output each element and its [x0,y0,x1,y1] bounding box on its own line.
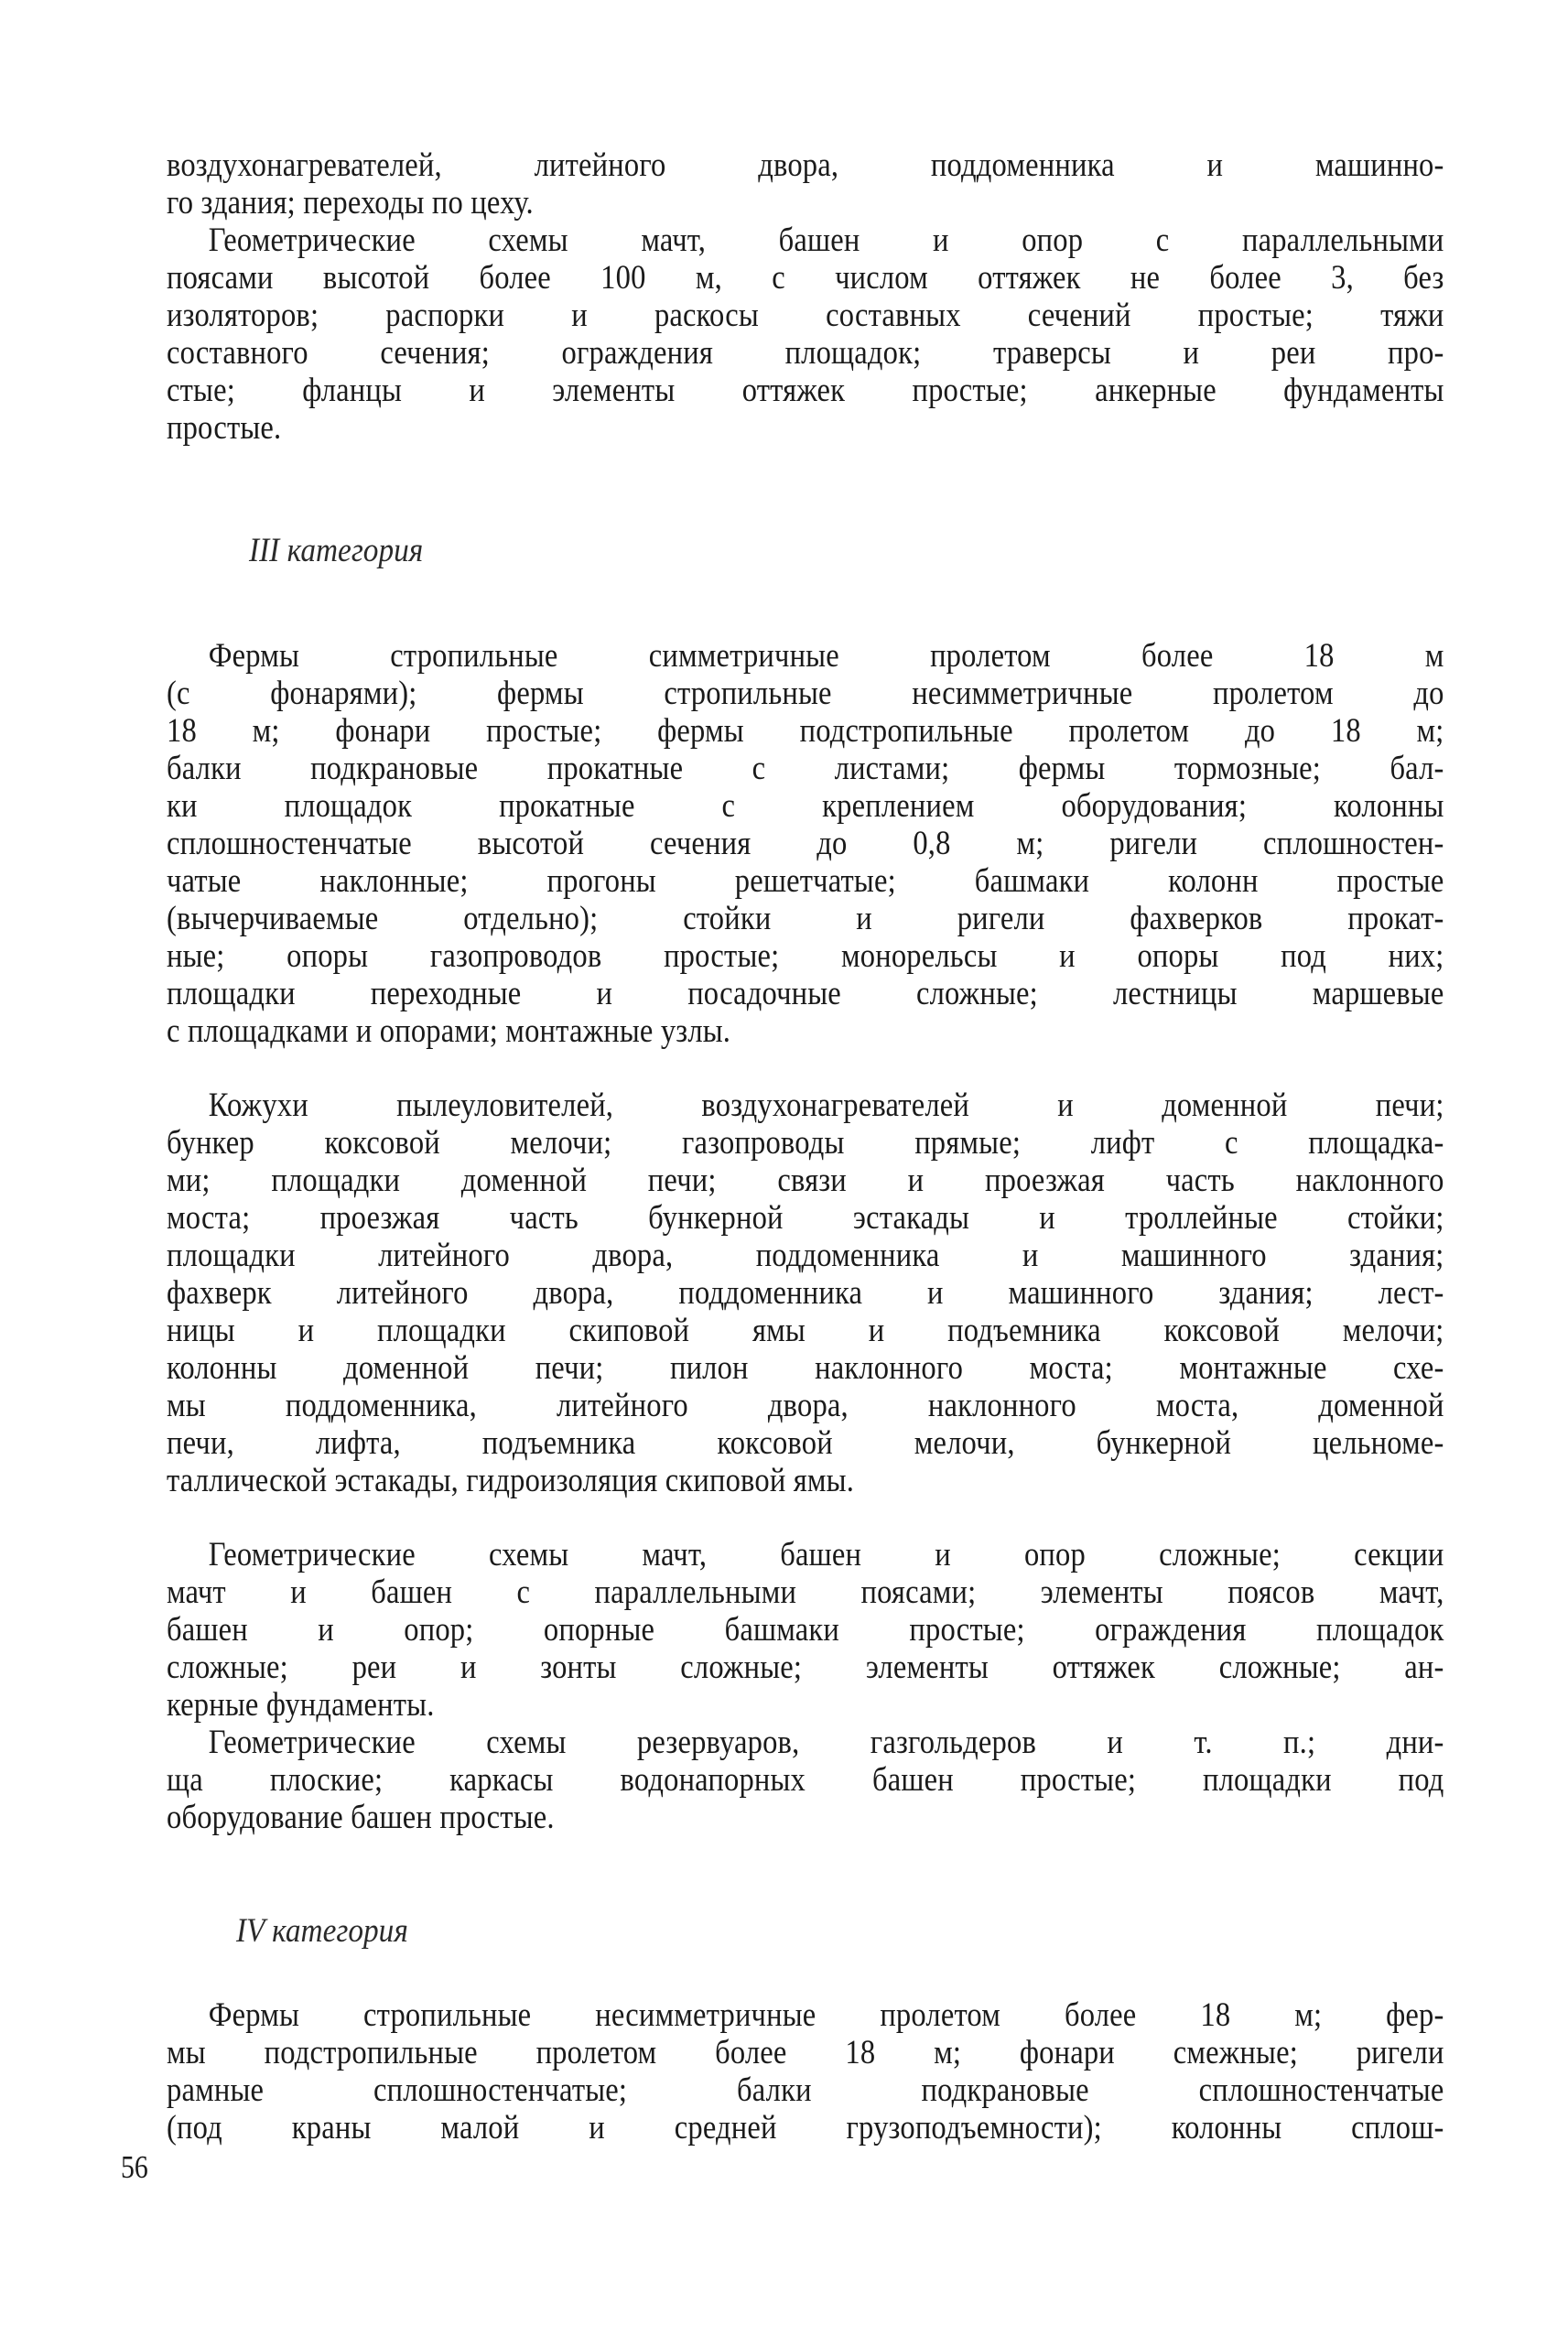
text-line: Фермы стропильные симметричные пролетом … [167,637,1444,675]
section-iv-paragraph-1: Фермы стропильные несимметричные пролето… [167,1996,1444,2147]
text-line: мы подстропильные пролетом более 18 м; ф… [167,2034,1444,2071]
section-iii-paragraph-3: Геометрические схемы мачт, башен и опор … [167,1536,1444,1724]
text-line: составного сечения; ограждения площадок;… [167,334,1444,372]
text-line: (под краны малой и средней грузоподъемно… [167,2109,1444,2147]
text-line: колонны доменной печи; пилон наклонного … [167,1349,1444,1387]
text-line: мы поддоменника, литейного двора, наклон… [167,1387,1444,1424]
section-heading-iv: IV категория [236,1911,408,1951]
intro-paragraph-continuation: воздухонагревателей, литейного двора, по… [167,146,1444,222]
text-line: Геометрические схемы мачт, башен и опор … [167,222,1444,259]
text-line: Кожухи пылеуловителей, воздухонагревател… [167,1087,1444,1124]
text-line: ки площадок прокатные с креплением обору… [167,787,1444,825]
text-line: керные фундаменты. [167,1686,1444,1724]
section-heading-iii: III категория [249,531,423,570]
text-line: ми; площадки доменной печи; связи и прое… [167,1162,1444,1199]
text-line: ные; опоры газопроводов простые; монорел… [167,937,1444,975]
text-line: 18 м; фонари простые; фермы подстропильн… [167,712,1444,750]
text-line: рамные сплошностенчатые; балки подкранов… [167,2071,1444,2109]
text-line: таллической эстакады, гидроизоляция скип… [167,1462,1444,1499]
text-line: ницы и площадки скиповой ямы и подъемник… [167,1312,1444,1349]
text-line: ща плоские; каркасы водонапорных башен п… [167,1761,1444,1799]
book-page: воздухонагревателей, литейного двора, по… [0,0,1568,2325]
text-line: простые. [167,409,1444,447]
text-line: бункер коксовой мелочи; газопроводы прям… [167,1124,1444,1162]
intro-paragraph-geometric-schemes: Геометрические схемы мачт, башен и опор … [167,222,1444,447]
text-line: Геометрические схемы резервуаров, газгол… [167,1724,1444,1761]
section-iii-paragraph-4: Геометрические схемы резервуаров, газгол… [167,1724,1444,1836]
section-iii-paragraph-1: Фермы стропильные симметричные пролетом … [167,637,1444,1050]
text-line: площадки литейного двора, поддоменника и… [167,1237,1444,1274]
text-line: чатые наклонные; прогоны решетчатые; баш… [167,862,1444,900]
text-line: воздухонагревателей, литейного двора, по… [167,146,1444,184]
text-line: моста; проезжая часть бункерной эстакады… [167,1199,1444,1237]
text-line: мачт и башен с параллельными поясами; эл… [167,1573,1444,1611]
text-line: поясами высотой более 100 м, с числом от… [167,259,1444,297]
text-line: фахверк литейного двора, поддоменника и … [167,1274,1444,1312]
text-line: (вычерчиваемые отдельно); стойки и ригел… [167,900,1444,937]
text-line: сложные; реи и зонты сложные; элементы о… [167,1649,1444,1686]
text-line: сплошностенчатые высотой сечения до 0,8 … [167,825,1444,862]
text-line: башен и опор; опорные башмаки простые; о… [167,1611,1444,1649]
page-number: 56 [121,2149,148,2186]
text-line: го здания; переходы по цеху. [167,184,1444,222]
text-line: Фермы стропильные несимметричные пролето… [167,1996,1444,2034]
section-iii-paragraph-2: Кожухи пылеуловителей, воздухонагревател… [167,1087,1444,1499]
text-line: изоляторов; распорки и раскосы составных… [167,297,1444,334]
text-line: балки подкрановые прокатные с листами; ф… [167,750,1444,787]
text-line: оборудование башен простые. [167,1799,1444,1836]
text-line: площадки переходные и посадочные сложные… [167,975,1444,1012]
text-line: (с фонарями); фермы стропильные несиммет… [167,675,1444,712]
text-line: печи, лифта, подъемника коксовой мелочи,… [167,1424,1444,1462]
text-line: с площадками и опорами; монтажные узлы. [167,1012,1444,1050]
text-line: Геометрические схемы мачт, башен и опор … [167,1536,1444,1573]
text-line: стые; фланцы и элементы оттяжек простые;… [167,372,1444,409]
